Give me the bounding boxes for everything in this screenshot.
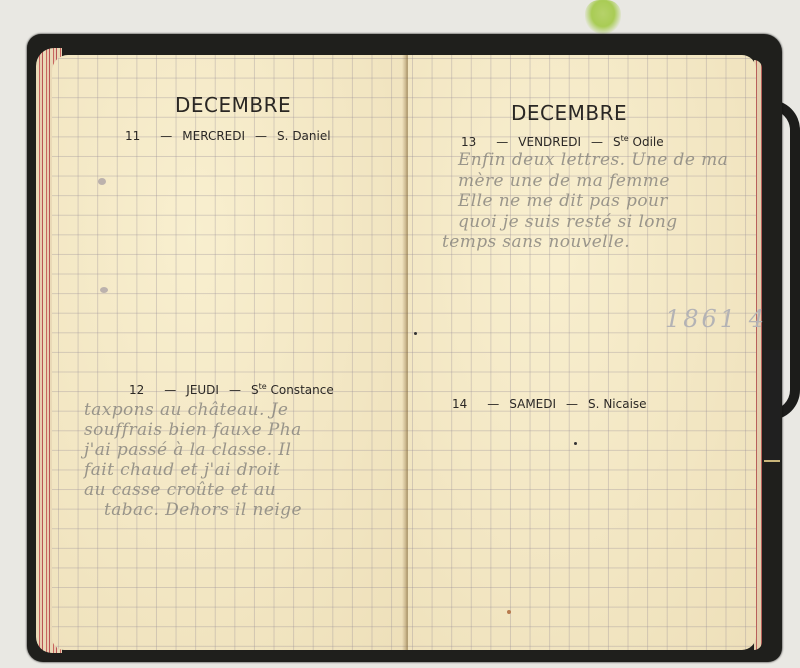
- saint-name: Odile: [633, 135, 664, 149]
- entry-13-handwriting: Enfin deux lettres. Une de ma mère une d…: [458, 150, 728, 253]
- saint-superscript: te: [621, 134, 629, 143]
- diary-photo: DECEMBRE 11—MERCREDI—S. Daniel 12—JEUDI—…: [0, 0, 800, 668]
- handwritten-line: fait chaud et j'ai droit: [84, 460, 302, 480]
- entry-12-handwriting: taxpons au château. Je souffrais bien fa…: [84, 400, 302, 520]
- dash: —: [255, 129, 267, 143]
- dash: —: [566, 397, 578, 411]
- ink-speck: [98, 178, 106, 185]
- day-number: 14: [452, 397, 467, 411]
- day-number: 13: [461, 135, 476, 149]
- handwritten-line: Enfin deux lettres. Une de ma: [458, 150, 728, 171]
- green-stain: [585, 0, 621, 34]
- dash: —: [487, 397, 499, 411]
- pencil-mark: 1861 4: [665, 305, 767, 333]
- saint-prefix: S.: [277, 129, 288, 143]
- left-page-month: DECEMBRE: [175, 93, 291, 117]
- weekday: VENDREDI: [518, 135, 581, 149]
- day-number: 12: [129, 383, 144, 397]
- dash: —: [496, 135, 508, 149]
- dash: —: [229, 383, 241, 397]
- dash: —: [160, 129, 172, 143]
- handwritten-line: j'ai passé à la classe. Il: [84, 440, 302, 460]
- saint-name: Daniel: [292, 129, 330, 143]
- handwritten-line: mère une de ma femme: [458, 171, 728, 192]
- strap-tab: [764, 350, 780, 462]
- handwritten-line: au casse croûte et au: [84, 480, 302, 500]
- saint-prefix: S: [613, 135, 621, 149]
- day-header-14: 14—SAMEDI—S. Nicaise: [452, 397, 647, 411]
- ink-speck: [574, 442, 577, 445]
- handwritten-line: Elle ne me dit pas pour: [458, 191, 728, 212]
- handwritten-line: souffrais bien fauxe Pha: [84, 420, 302, 440]
- saint-prefix: S.: [588, 397, 599, 411]
- day-header-13: 13—VENDREDI—Ste Odile: [461, 134, 664, 149]
- saint-name: Nicaise: [603, 397, 646, 411]
- left-page: [52, 55, 408, 650]
- saint-name: Constance: [270, 383, 333, 397]
- ink-speck: [100, 287, 108, 293]
- dash: —: [591, 135, 603, 149]
- handwritten-line: taxpons au château. Je: [84, 400, 302, 420]
- ink-speck: [414, 332, 417, 335]
- handwritten-line: quoi je suis resté si long: [458, 212, 728, 233]
- handwritten-line: tabac. Dehors il neige: [84, 500, 302, 520]
- weekday: SAMEDI: [509, 397, 556, 411]
- weekday: MERCREDI: [182, 129, 245, 143]
- right-page-month: DECEMBRE: [511, 101, 627, 125]
- saint-superscript: te: [259, 382, 267, 391]
- day-header-12: 12—JEUDI—Ste Constance: [129, 382, 334, 397]
- saint-prefix: S: [251, 383, 259, 397]
- weekday: JEUDI: [186, 383, 219, 397]
- handwritten-line: temps sans nouvelle.: [442, 232, 728, 253]
- stain-speck: [507, 610, 511, 614]
- day-number: 11: [125, 129, 140, 143]
- dash: —: [164, 383, 176, 397]
- day-header-11: 11—MERCREDI—S. Daniel: [125, 129, 331, 143]
